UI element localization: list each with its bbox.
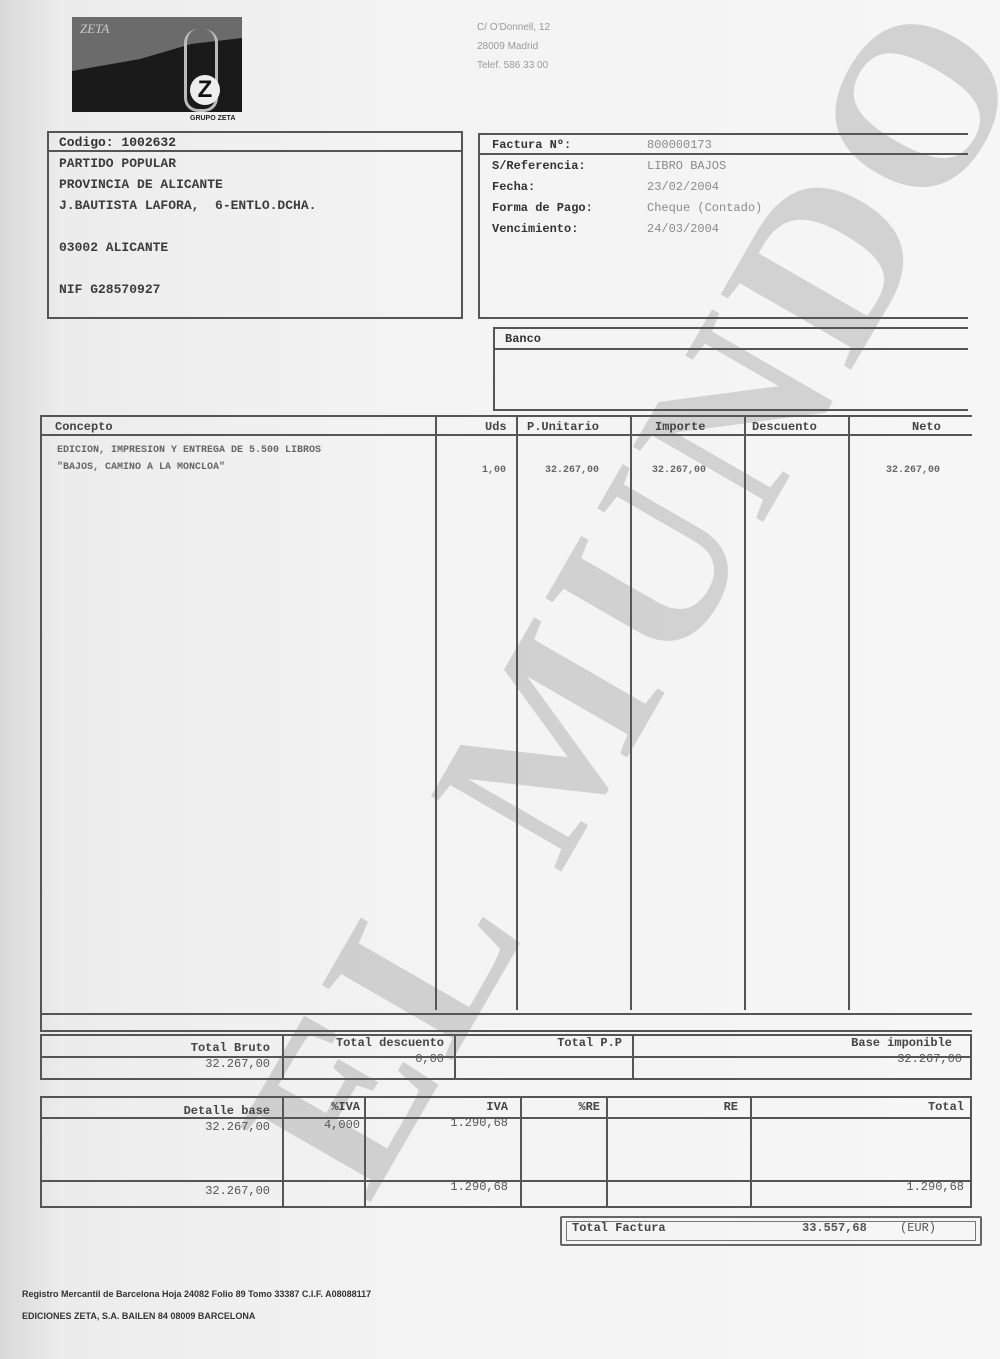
client-line: PROVINCIA DE ALICANTE — [59, 174, 316, 195]
col-header-p-unitario: P.Unitario — [527, 420, 599, 434]
field-value: Cheque (Contado) — [647, 201, 762, 215]
total-pp-label: Total P.P — [557, 1036, 622, 1050]
bank-label: Banco — [505, 332, 541, 346]
field-value: 24/03/2004 — [647, 222, 719, 236]
field-value: 800000173 — [647, 138, 712, 152]
item-uds: 1,00 — [482, 465, 506, 476]
grand-total-value: 33.557,68 — [802, 1221, 867, 1235]
item-neto: 32.267,00 — [886, 465, 940, 476]
logo-caption: GRUPO ZETA — [190, 115, 235, 122]
z-logo-icon: Z — [190, 75, 220, 105]
invoice-payment-method: Forma de Pago:Cheque (Contado) — [492, 201, 762, 215]
issuer-address-line: Telef. 586 33 00 — [477, 56, 550, 75]
client-nif: NIF G28570927 — [59, 279, 316, 300]
field-label: Factura Nº: — [492, 138, 647, 152]
grand-total-box: Total Factura 33.557,68 (EUR) — [560, 1216, 982, 1246]
tax-summary-total: 1.290,68 — [906, 1180, 964, 1194]
invoice-date: Fecha:23/02/2004 — [492, 180, 719, 194]
invoice-info-box: Factura Nº:800000173 S/Referencia:LIBRO … — [478, 133, 968, 319]
field-value: LIBRO BAJOS — [647, 159, 726, 173]
items-table — [40, 415, 972, 1032]
client-address: PARTIDO POPULARPROVINCIA DE ALICANTEJ.BA… — [59, 153, 316, 300]
item-importe: 32.267,00 — [652, 465, 706, 476]
tax-total-label: Total — [928, 1100, 964, 1114]
re-label: RE — [724, 1100, 738, 1114]
tax-summary-iva: 1.290,68 — [450, 1180, 508, 1194]
tax-row-base: 32.267,00 — [205, 1120, 270, 1134]
logo-text: ZETA — [80, 21, 109, 37]
detalle-base-label: Detalle base — [184, 1104, 270, 1118]
item-concepto-line: EDICION, IMPRESION Y ENTREGA DE 5.500 LI… — [57, 445, 321, 456]
bank-box: Banco — [493, 327, 968, 411]
client-line — [59, 216, 316, 237]
footer-company: EDICIONES ZETA, S.A. BAILEN 84 08009 BAR… — [22, 1305, 371, 1327]
field-label: Vencimiento: — [492, 222, 647, 236]
footer-registry: Registro Mercantil de Barcelona Hoja 240… — [22, 1283, 371, 1305]
col-header-neto: Neto — [912, 420, 941, 434]
field-label: Forma de Pago: — [492, 201, 647, 215]
client-code: Codigo: 1002632 — [59, 135, 176, 150]
total-descuento-label: Total descuento — [336, 1036, 444, 1050]
iva-pct-label: %IVA — [331, 1100, 360, 1114]
item-concepto-line: "BAJOS, CAMINO A LA MONCLOA" — [57, 462, 225, 473]
col-header-concepto: Concepto — [55, 420, 113, 434]
iva-label: IVA — [486, 1100, 508, 1114]
total-bruto-value: 32.267,00 — [205, 1057, 270, 1071]
base-imponible-value: 32.267,00 — [897, 1052, 962, 1066]
totals-table — [40, 1034, 972, 1080]
invoice-number: Factura Nº:800000173 — [492, 138, 712, 152]
client-code-label: Codigo: — [59, 135, 114, 150]
invoice-due-date: Vencimiento:24/03/2004 — [492, 222, 719, 236]
total-bruto-label: Total Bruto — [191, 1041, 270, 1055]
field-value: 23/02/2004 — [647, 180, 719, 194]
field-label: S/Referencia: — [492, 159, 647, 173]
client-line: J.BAUTISTA LAFORA, 6-ENTLO.DCHA. — [59, 195, 316, 216]
client-code-value: 1002632 — [121, 135, 176, 150]
col-header-uds: Uds — [485, 420, 507, 434]
client-line: PARTIDO POPULAR — [59, 153, 316, 174]
company-logo: ZETA Z — [72, 17, 242, 112]
item-p-unitario: 32.267,00 — [545, 465, 599, 476]
total-descuento-value: 0,00 — [415, 1052, 444, 1066]
col-header-descuento: Descuento — [752, 420, 817, 434]
issuer-address-line: C/ O'Donnell, 12 — [477, 18, 550, 37]
issuer-address-line: 28009 Madrid — [477, 37, 550, 56]
base-imponible-label: Base imponible — [851, 1036, 952, 1050]
grand-total-currency: (EUR) — [900, 1221, 936, 1235]
client-box: Codigo: 1002632 PARTIDO POPULARPROVINCIA… — [47, 131, 463, 319]
footer: Registro Mercantil de Barcelona Hoja 240… — [22, 1283, 371, 1327]
tax-summary-base: 32.267,00 — [205, 1184, 270, 1198]
grand-total-label: Total Factura — [572, 1221, 666, 1235]
tax-row-iva: 1.290,68 — [450, 1116, 508, 1130]
client-line: 03002 ALICANTE — [59, 237, 316, 258]
invoice-reference: S/Referencia:LIBRO BAJOS — [492, 159, 726, 173]
issuer-address: C/ O'Donnell, 12 28009 Madrid Telef. 586… — [477, 18, 550, 75]
tax-row-iva-pct: 4,000 — [324, 1118, 360, 1132]
re-pct-label: %RE — [578, 1100, 600, 1114]
client-line — [59, 258, 316, 279]
col-header-importe: Importe — [655, 420, 705, 434]
field-label: Fecha: — [492, 180, 647, 194]
